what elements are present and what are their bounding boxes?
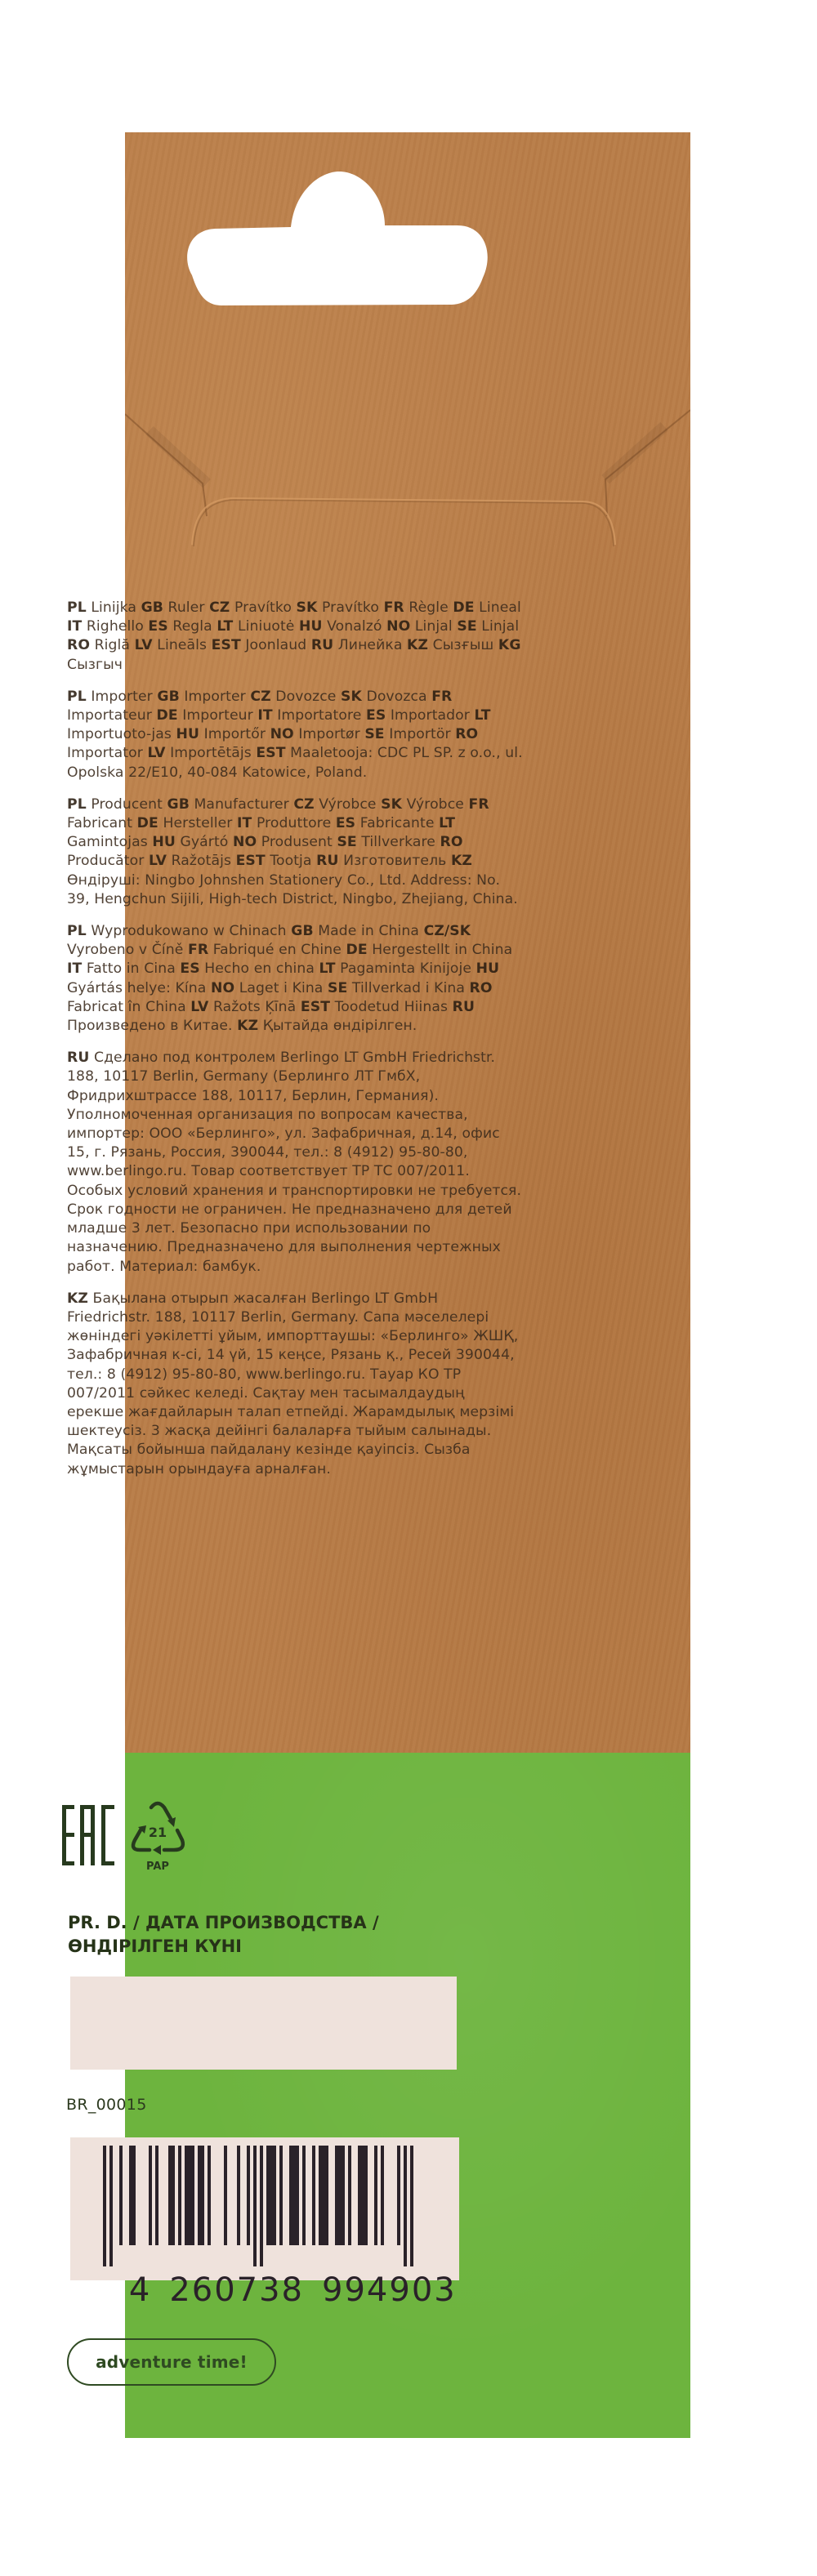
translation-text: Pravítko	[317, 599, 383, 616]
multilingual-info: PL Linijka GB Ruler CZ Pravítko SK Praví…	[67, 599, 525, 1492]
language-code: RO	[440, 834, 463, 850]
translation-text: Изготовитель	[339, 853, 451, 869]
translation-text: Importőr	[199, 726, 270, 742]
translation-text: Producent	[87, 796, 167, 813]
translation-text: Gyártás helye: Kína	[67, 980, 211, 996]
language-code: EST	[212, 637, 241, 653]
language-code: PL	[67, 599, 87, 616]
translation-text: Importeur	[178, 707, 258, 724]
translation-text: Linjal	[410, 618, 457, 635]
language-code: LT	[217, 618, 233, 635]
language-code: GB	[157, 689, 179, 705]
language-code: CZ/SK	[424, 923, 471, 939]
barcode-left-group: 260738	[169, 2271, 304, 2309]
barcode: 4260738994903	[70, 2137, 459, 2280]
translation-text: Výrobce	[315, 796, 381, 813]
language-code: HU	[152, 834, 176, 850]
language-code: KG	[498, 637, 521, 653]
language-code: KZ	[407, 637, 428, 653]
translation-text: Dovozca	[362, 689, 431, 705]
language-code: NO	[233, 834, 257, 850]
translation-text: Бақылана отырып жасалған Berlingo LT Gmb…	[67, 1290, 518, 1477]
language-code: DE	[346, 942, 368, 958]
translation-text: Dovozce	[271, 689, 341, 705]
translation-text: Importatore	[273, 707, 366, 724]
translation-text: Importer	[180, 689, 251, 705]
info-paragraph: PL Linijka GB Ruler CZ Pravítko SK Praví…	[67, 599, 525, 675]
translation-text: Tillverkad i Kina	[347, 980, 469, 996]
language-code: RU	[453, 999, 475, 1015]
translation-text: Vyrobeno v Číně	[67, 942, 188, 958]
barcode-right-group: 994903	[322, 2271, 457, 2309]
language-code: RU	[316, 853, 338, 869]
language-code: PL	[67, 923, 87, 939]
language-code: HU	[299, 618, 323, 635]
info-paragraph: PL Producent GB Manufacturer CZ Výrobce …	[67, 796, 525, 909]
language-code: KZ	[451, 853, 472, 869]
language-code: ES	[366, 707, 386, 724]
translation-text: Producător	[67, 853, 149, 869]
language-code: CZ	[209, 599, 230, 616]
svg-text:PAP: PAP	[146, 1861, 169, 1873]
language-code: SK	[297, 599, 318, 616]
translation-text: Сызгыч	[67, 657, 123, 673]
language-code: NO	[386, 618, 410, 635]
language-code: DE	[137, 815, 158, 831]
translation-text: Linijka	[87, 599, 141, 616]
translation-text: Výrobce	[402, 796, 468, 813]
language-code: HU	[176, 726, 199, 742]
translation-text: Règle	[404, 599, 453, 616]
production-date-label: PR. D. / ДАТА ПРОИЗВОДСТВА / ӨНДІРІЛГЕН …	[68, 1911, 476, 1959]
language-code: DE	[453, 599, 474, 616]
translation-text: Made in China	[314, 923, 424, 939]
translation-text: Gyártó	[176, 834, 233, 850]
language-code: ES	[336, 815, 355, 831]
language-code: HU	[476, 960, 500, 977]
language-code: IT	[67, 618, 82, 635]
language-code: ES	[180, 960, 199, 977]
info-paragraph: PL Importer GB Importer CZ Dovozce SK Do…	[67, 688, 525, 782]
translation-text: Tootja	[266, 853, 316, 869]
language-code: PL	[67, 796, 87, 813]
language-code: LV	[149, 853, 167, 869]
translation-text: Importateur	[67, 707, 157, 724]
translation-text: Righello	[82, 618, 148, 635]
language-code: DE	[157, 707, 178, 724]
language-code: NO	[270, 726, 294, 742]
translation-text: Fatto in Cina	[82, 960, 180, 977]
translation-text: Линейка	[333, 637, 407, 653]
translation-text: Fabricante	[355, 815, 439, 831]
translation-text: Gamintojas	[67, 834, 152, 850]
translation-text: Importer	[87, 689, 158, 705]
translation-text: Importör	[385, 726, 456, 742]
language-code: LV	[147, 745, 165, 761]
language-code: RO	[67, 637, 90, 653]
translation-text: Regla	[168, 618, 217, 635]
translation-text: Pagaminta Kinijoje	[336, 960, 476, 977]
recycle-icon: 21 PAP	[128, 1799, 187, 1873]
language-code: ES	[148, 618, 167, 635]
translation-text: Fabricant	[67, 815, 137, 831]
translation-text: Өндіруші: Ningbo Johnshen Stationery Co.…	[67, 872, 518, 907]
language-code: EST	[236, 853, 266, 869]
translation-text: Importuoto-jas	[67, 726, 176, 742]
info-paragraph: PL Wyprodukowano w Chinach GB Made in Ch…	[67, 922, 525, 1036]
translation-text: Toodetud Hiinas	[330, 999, 453, 1015]
language-code: LT	[439, 815, 455, 831]
language-code: SK	[341, 689, 362, 705]
language-code: FR	[384, 599, 404, 616]
language-code: GB	[291, 923, 313, 939]
language-code: FR	[188, 942, 208, 958]
info-paragraph: RU Сделано под контролем Berlingo LT Gmb…	[67, 1049, 525, 1276]
translation-text: Importador	[386, 707, 474, 724]
language-code: CZ	[293, 796, 314, 813]
translation-text: Сделано под контролем Berlingo LT GmbH F…	[67, 1050, 521, 1274]
language-code: RU	[311, 637, 333, 653]
barcode-first-digit: 4	[129, 2271, 151, 2309]
language-code: RO	[455, 726, 478, 742]
translation-text: Manufacturer	[190, 796, 293, 813]
language-code: KZ	[237, 1018, 258, 1034]
translation-text: Fabricat în China	[67, 999, 190, 1015]
language-code: RO	[470, 980, 493, 996]
translation-text: Vonalzó	[323, 618, 387, 635]
language-code: EST	[301, 999, 330, 1015]
translation-text: Ruler	[163, 599, 209, 616]
language-code: IT	[257, 707, 272, 724]
language-code: SE	[364, 726, 384, 742]
language-code: IT	[237, 815, 252, 831]
language-code: FR	[431, 689, 452, 705]
slogan-badge: adventure time!	[67, 2338, 276, 2386]
translation-text: Wyprodukowano w Chinach	[87, 923, 291, 939]
flap-fold	[125, 132, 690, 557]
language-code: LV	[190, 999, 208, 1015]
translation-text: Lineāls	[153, 637, 212, 653]
translation-text: Сызғыш	[428, 637, 498, 653]
language-code: SK	[381, 796, 402, 813]
eac-icon	[62, 1805, 119, 1867]
language-code: SE	[328, 980, 347, 996]
language-code: SE	[337, 834, 356, 850]
translation-text: Pravítko	[230, 599, 296, 616]
production-date-field[interactable]	[70, 1977, 457, 2070]
language-code: LV	[135, 637, 153, 653]
translation-text: Laget i Kina	[234, 980, 328, 996]
translation-text: Hecho en china	[200, 960, 319, 977]
language-code: SE	[457, 618, 476, 635]
barcode-digits: 4260738994903	[81, 2234, 457, 2346]
translation-text: Tillverkare	[357, 834, 440, 850]
translation-text: Importator	[67, 745, 147, 761]
translation-text: Produsent	[257, 834, 337, 850]
translation-text: Liniuotė	[233, 618, 299, 635]
language-code: LT	[475, 707, 491, 724]
language-code: PL	[67, 689, 87, 705]
language-code: EST	[256, 745, 285, 761]
translation-text: Lineal	[475, 599, 521, 616]
info-paragraph: KZ Бақылана отырып жасалған Berlingo LT …	[67, 1290, 525, 1479]
translation-text: Importør	[294, 726, 365, 742]
translation-text: Riglă	[90, 637, 135, 653]
translation-text: Ražots Ķīnā	[208, 999, 301, 1015]
language-code: RU	[67, 1050, 89, 1066]
translation-text: Hergestellt in China	[368, 942, 513, 958]
translation-text: Hersteller	[158, 815, 237, 831]
language-code: FR	[468, 796, 489, 813]
language-code: LT	[319, 960, 336, 977]
svg-text:21: 21	[149, 1825, 167, 1840]
translation-text: Joonlaud	[241, 637, 311, 653]
language-code: KZ	[67, 1290, 88, 1307]
translation-text: Қытайда өндірілген.	[258, 1018, 417, 1034]
translation-text: Produttore	[252, 815, 335, 831]
translation-text: Произведено в Китае.	[67, 1018, 237, 1034]
language-code: NO	[211, 980, 234, 996]
sku-code: BR_00015	[66, 2096, 147, 2114]
translation-text: Ražotājs	[167, 853, 236, 869]
language-code: IT	[67, 960, 82, 977]
translation-text: Importētājs	[166, 745, 257, 761]
language-code: GB	[167, 796, 190, 813]
translation-text: Linjal	[477, 618, 520, 635]
language-code: GB	[141, 599, 163, 616]
language-code: CZ	[250, 689, 270, 705]
translation-text: Fabriqué en Chine	[208, 942, 346, 958]
